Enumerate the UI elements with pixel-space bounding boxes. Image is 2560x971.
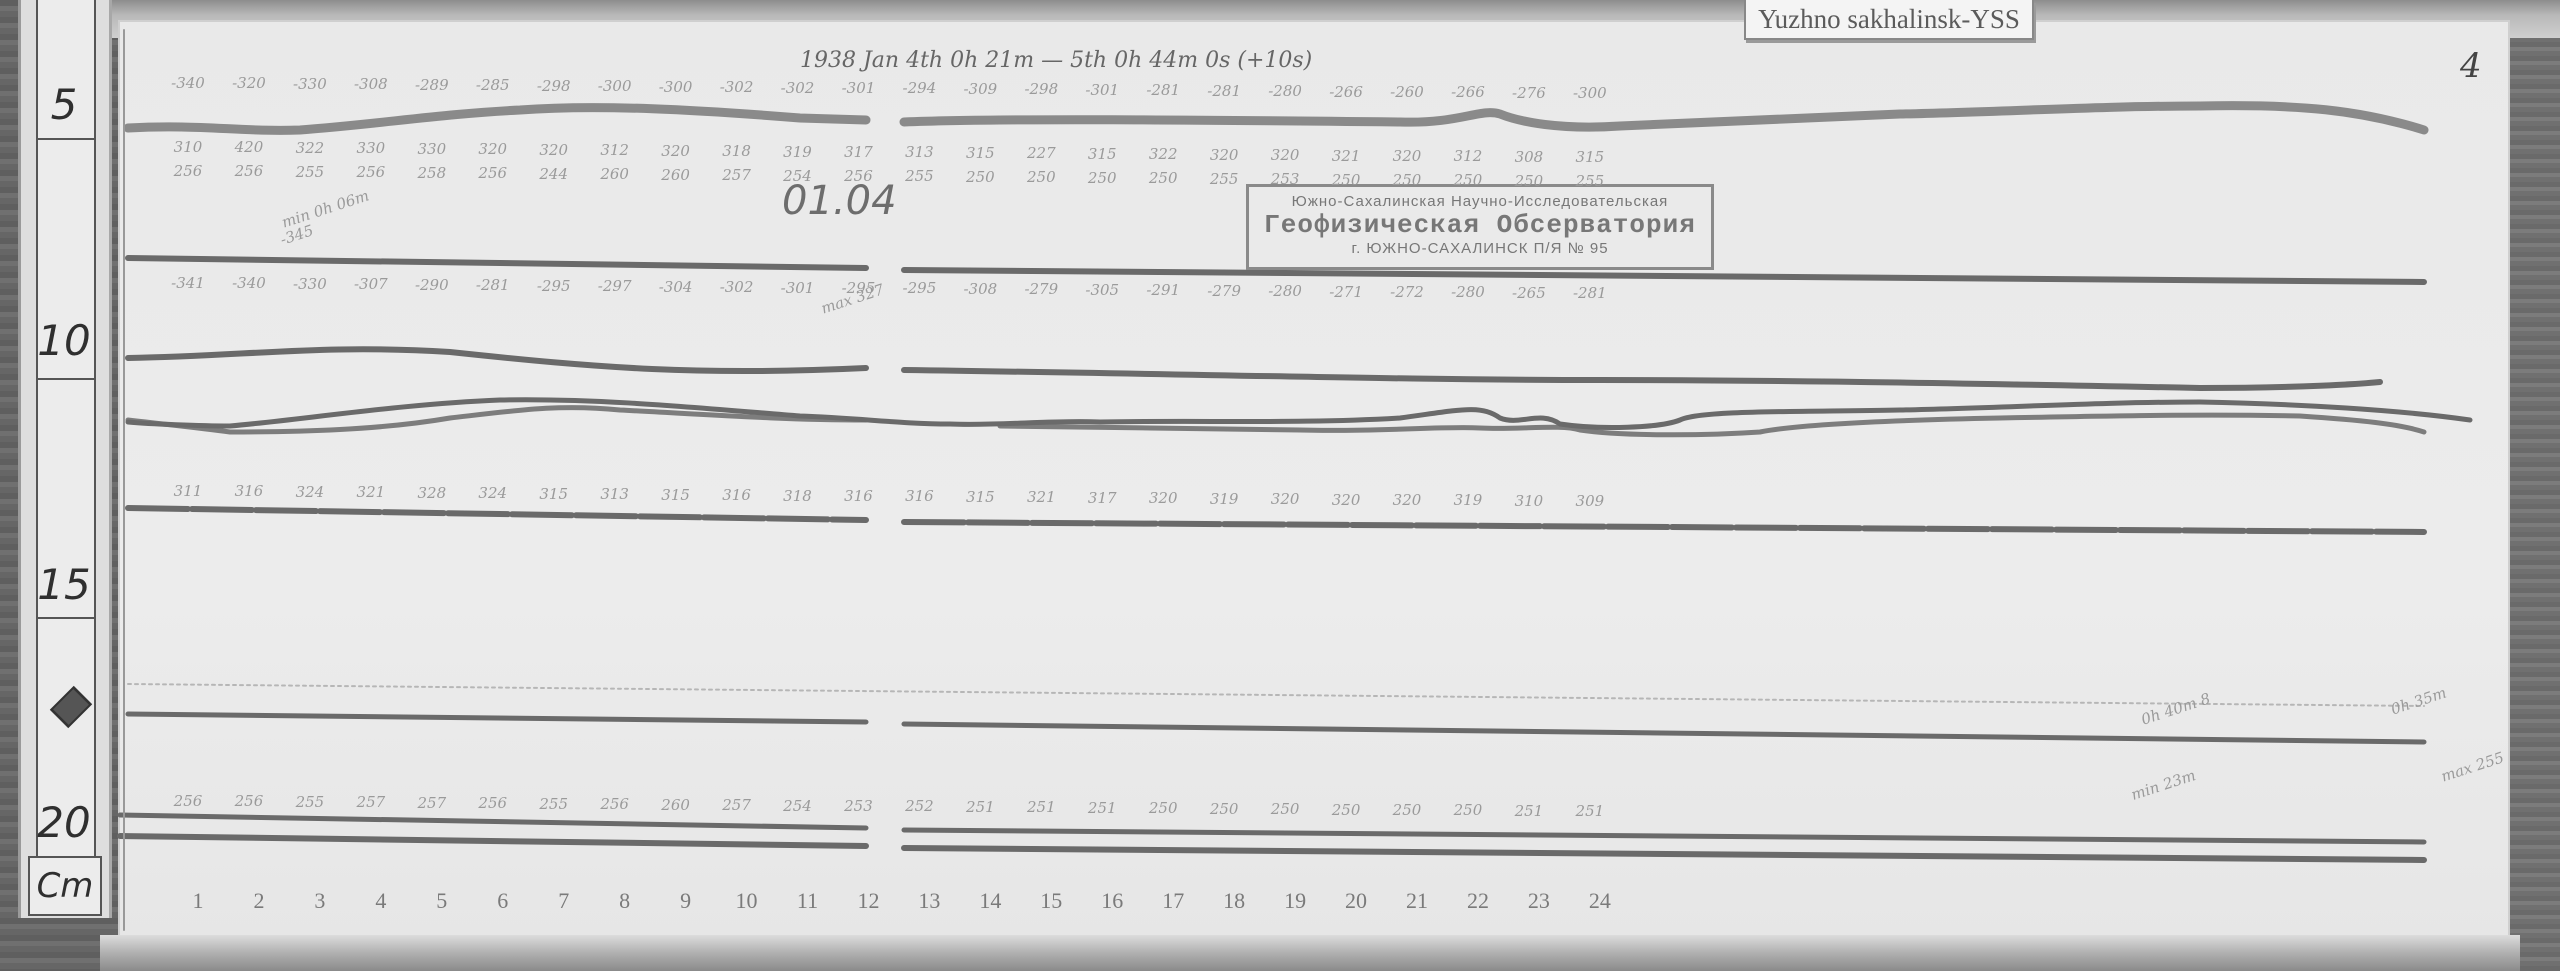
reading-bottom-above: 250 bbox=[1271, 800, 1300, 818]
reading-trace1-above: -301 bbox=[842, 79, 876, 97]
reading-trace1-below-a: 320 bbox=[478, 140, 507, 158]
reading-trace2-below: -295 bbox=[537, 277, 571, 295]
hour-label: 5 bbox=[436, 888, 447, 914]
reading-trace1-above: -300 bbox=[1573, 84, 1607, 102]
hour-label: 14 bbox=[979, 888, 1001, 914]
reading-trace2-below: -280 bbox=[1451, 283, 1485, 301]
reading-trace1-above: -294 bbox=[903, 79, 937, 97]
reading-trace1-below-a: 320 bbox=[1210, 146, 1239, 164]
reading-trace1-above: -301 bbox=[1085, 81, 1119, 99]
reading-trace4-above: 320 bbox=[1332, 491, 1361, 509]
date-note: 01.04 bbox=[782, 178, 897, 224]
reading-bottom-above: 251 bbox=[966, 798, 995, 816]
reading-trace4-above: 320 bbox=[1149, 489, 1178, 507]
reading-trace2-below: -295 bbox=[903, 279, 937, 297]
faint-dotted-line bbox=[128, 684, 2424, 706]
reading-trace1-below-b: 250 bbox=[1515, 172, 1544, 190]
reading-trace2-below: -279 bbox=[1207, 282, 1241, 300]
reading-bottom-above: 256 bbox=[174, 792, 203, 810]
reading-trace2-below: -297 bbox=[598, 277, 632, 295]
hour-label: 1 bbox=[193, 888, 204, 914]
reading-bottom-above: 251 bbox=[1515, 802, 1544, 820]
reading-trace1-below-b: 250 bbox=[1332, 171, 1361, 189]
reading-bottom-above: 260 bbox=[661, 796, 690, 814]
reading-trace1-above: -302 bbox=[720, 78, 754, 96]
reading-trace1-below-a: 420 bbox=[235, 138, 264, 156]
reading-trace4-above: 315 bbox=[539, 485, 568, 503]
trace-1 bbox=[128, 106, 2424, 131]
trace-5 bbox=[128, 508, 2424, 532]
reading-bottom-above: 256 bbox=[478, 794, 507, 812]
reading-trace1-above: -298 bbox=[1024, 80, 1058, 98]
reading-bottom-above: 255 bbox=[296, 793, 325, 811]
hour-label: 24 bbox=[1589, 888, 1611, 914]
reading-trace1-below-a: 320 bbox=[661, 142, 690, 160]
reading-trace2-below: -291 bbox=[1146, 281, 1180, 299]
hour-label: 4 bbox=[375, 888, 386, 914]
reading-trace1-below-a: 320 bbox=[539, 141, 568, 159]
hour-label: 21 bbox=[1406, 888, 1428, 914]
hour-label: 22 bbox=[1467, 888, 1489, 914]
hour-label: 3 bbox=[314, 888, 325, 914]
reading-bottom-above: 254 bbox=[783, 797, 812, 815]
reading-bottom-above: 255 bbox=[539, 795, 568, 813]
reading-trace2-below: -290 bbox=[415, 276, 449, 294]
reading-trace1-below-a: 320 bbox=[1393, 147, 1422, 165]
reading-trace1-below-b: 250 bbox=[1454, 171, 1483, 189]
reading-bottom-above: 256 bbox=[235, 792, 264, 810]
hour-label: 8 bbox=[619, 888, 630, 914]
reading-trace1-below-b: 254 bbox=[783, 167, 812, 185]
reading-trace2-below: -304 bbox=[659, 278, 693, 296]
reading-trace4-above: 316 bbox=[844, 487, 873, 505]
reading-trace1-above: -298 bbox=[537, 77, 571, 95]
hour-label: 10 bbox=[736, 888, 758, 914]
reading-trace1-below-a: 321 bbox=[1332, 147, 1361, 165]
reading-trace1-above: -300 bbox=[598, 77, 632, 95]
reading-trace2-below: -272 bbox=[1390, 283, 1424, 301]
reading-bottom-above: 250 bbox=[1332, 801, 1361, 819]
reading-trace1-above: -300 bbox=[659, 78, 693, 96]
reading-trace4-above: 315 bbox=[661, 486, 690, 504]
reading-trace1-below-a: 308 bbox=[1515, 148, 1544, 166]
reading-trace4-above: 320 bbox=[1393, 491, 1422, 509]
stamp-line-3: г. ЮЖНО-САХАЛИНСК П/Я № 95 bbox=[1249, 240, 1711, 257]
reading-trace1-below-a: 322 bbox=[296, 139, 325, 157]
trace-6 bbox=[128, 714, 2424, 742]
reading-trace1-above: -281 bbox=[1146, 81, 1180, 99]
reading-trace4-above: 316 bbox=[722, 486, 751, 504]
reading-trace1-below-b: 260 bbox=[600, 165, 629, 183]
hour-label: 16 bbox=[1101, 888, 1123, 914]
reading-trace1-above: -266 bbox=[1329, 83, 1363, 101]
reading-trace2-below: -301 bbox=[781, 279, 815, 297]
header-note: 1938 Jan 4th 0h 21m — 5th 0h 44m 0s (+10… bbox=[800, 48, 1312, 73]
reading-trace4-above: 309 bbox=[1576, 492, 1605, 510]
reading-trace2-below: -305 bbox=[1085, 281, 1119, 299]
reading-trace4-above: 318 bbox=[783, 487, 812, 505]
reading-trace1-above: -260 bbox=[1390, 83, 1424, 101]
reading-trace1-above: -340 bbox=[171, 74, 205, 92]
reading-trace2-below: -280 bbox=[1268, 282, 1302, 300]
reading-trace1-below-b: 250 bbox=[1088, 169, 1117, 187]
hour-label: 11 bbox=[797, 888, 818, 914]
reading-trace1-below-b: 244 bbox=[539, 165, 568, 183]
hour-label: 6 bbox=[497, 888, 508, 914]
reading-trace2-below: -308 bbox=[963, 280, 997, 298]
hour-label: 19 bbox=[1284, 888, 1306, 914]
reading-trace2-below: -341 bbox=[171, 274, 205, 292]
sheet-number: 4 bbox=[2460, 46, 2482, 86]
reading-trace4-above: 324 bbox=[296, 483, 325, 501]
reading-trace1-below-b: 256 bbox=[174, 162, 203, 180]
reading-bottom-above: 250 bbox=[1393, 801, 1422, 819]
reading-trace1-above: -285 bbox=[476, 76, 510, 94]
reading-trace2-below: -265 bbox=[1512, 284, 1546, 302]
reading-trace1-below-a: 320 bbox=[1271, 146, 1300, 164]
hour-label: 18 bbox=[1223, 888, 1245, 914]
hour-label: 23 bbox=[1528, 888, 1550, 914]
reading-trace1-below-a: 312 bbox=[1454, 147, 1483, 165]
reading-trace1-below-a: 318 bbox=[722, 142, 751, 160]
reading-bottom-above: 256 bbox=[600, 795, 629, 813]
reading-trace1-below-b: 253 bbox=[1271, 170, 1300, 188]
reading-trace1-above: -330 bbox=[293, 75, 327, 93]
reading-trace4-above: 320 bbox=[1271, 490, 1300, 508]
reading-trace1-above: -308 bbox=[354, 75, 388, 93]
trace-3 bbox=[128, 349, 2380, 388]
reading-trace2-below: -271 bbox=[1329, 283, 1363, 301]
hour-label: 17 bbox=[1162, 888, 1184, 914]
reading-trace2-below: -281 bbox=[1573, 284, 1607, 302]
reading-trace4-above: 310 bbox=[1515, 492, 1544, 510]
reading-trace4-above: 316 bbox=[905, 487, 934, 505]
reading-trace1-above: -281 bbox=[1207, 82, 1241, 100]
reading-trace1-below-b: 256 bbox=[357, 163, 386, 181]
reading-trace1-below-a: 227 bbox=[1027, 144, 1056, 162]
reading-trace1-below-b: 255 bbox=[905, 167, 934, 185]
reading-trace2-below: -307 bbox=[354, 275, 388, 293]
reading-bottom-above: 257 bbox=[357, 793, 386, 811]
reading-trace2-below: -340 bbox=[232, 274, 266, 292]
reading-trace1-below-b: 255 bbox=[296, 163, 325, 181]
reading-trace4-above: 315 bbox=[966, 488, 995, 506]
reading-trace1-below-a: 330 bbox=[357, 139, 386, 157]
reading-bottom-above: 251 bbox=[1088, 799, 1117, 817]
reading-trace1-below-b: 255 bbox=[1576, 172, 1605, 190]
reading-trace1-above: -280 bbox=[1268, 82, 1302, 100]
reading-trace1-above: -276 bbox=[1512, 84, 1546, 102]
reading-trace4-above: 319 bbox=[1454, 491, 1483, 509]
reading-trace1-below-b: 250 bbox=[1027, 168, 1056, 186]
reading-bottom-above: 251 bbox=[1027, 798, 1056, 816]
hour-label: 9 bbox=[680, 888, 691, 914]
observatory-stamp: Южно-Сахалинская Научно-Исследовательска… bbox=[1246, 184, 1714, 270]
hour-label: 2 bbox=[253, 888, 264, 914]
hour-label: 7 bbox=[558, 888, 569, 914]
reading-trace1-below-b: 250 bbox=[1393, 171, 1422, 189]
reading-trace1-below-b: 260 bbox=[661, 166, 690, 184]
reading-trace1-below-a: 310 bbox=[174, 138, 203, 156]
reading-trace4-above: 321 bbox=[1027, 488, 1056, 506]
reading-trace2-below: -330 bbox=[293, 275, 327, 293]
reading-trace4-above: 313 bbox=[600, 485, 629, 503]
reading-trace1-above: -320 bbox=[232, 74, 266, 92]
reading-trace4-above: 317 bbox=[1088, 489, 1117, 507]
reading-trace1-above: -266 bbox=[1451, 83, 1485, 101]
reading-bottom-above: 257 bbox=[722, 796, 751, 814]
reading-trace1-below-a: 313 bbox=[905, 143, 934, 161]
reading-trace1-below-b: 257 bbox=[722, 166, 751, 184]
stamp-line-2: Геофизическая Обсерватория bbox=[1249, 210, 1711, 240]
reading-trace1-below-a: 330 bbox=[417, 140, 446, 158]
reading-trace1-below-b: 250 bbox=[966, 168, 995, 186]
reading-trace1-above: -309 bbox=[963, 80, 997, 98]
reading-trace1-below-b: 256 bbox=[235, 162, 264, 180]
reading-bottom-above: 250 bbox=[1454, 801, 1483, 819]
reading-trace1-above: -289 bbox=[415, 76, 449, 94]
reading-trace1-below-b: 255 bbox=[1210, 170, 1239, 188]
reading-trace1-below-a: 315 bbox=[1576, 148, 1605, 166]
reading-bottom-above: 250 bbox=[1149, 799, 1178, 817]
reading-trace2-below: -281 bbox=[476, 276, 510, 294]
hour-label: 20 bbox=[1345, 888, 1367, 914]
reading-bottom-above: 253 bbox=[844, 797, 873, 815]
reading-trace1-below-b: 258 bbox=[417, 164, 446, 182]
reading-trace1-below-a: 319 bbox=[783, 143, 812, 161]
hour-label: 15 bbox=[1040, 888, 1062, 914]
reading-trace4-above: 316 bbox=[235, 482, 264, 500]
stamp-line-1: Южно-Сахалинская Научно-Исследовательска… bbox=[1249, 193, 1711, 210]
reading-trace1-below-a: 322 bbox=[1149, 145, 1178, 163]
reading-trace4-above: 324 bbox=[478, 484, 507, 502]
reading-trace1-below-a: 312 bbox=[600, 141, 629, 159]
reading-bottom-above: 251 bbox=[1576, 802, 1605, 820]
reading-trace4-above: 319 bbox=[1210, 490, 1239, 508]
reading-trace1-below-a: 317 bbox=[844, 143, 873, 161]
reading-trace1-below-b: 256 bbox=[844, 167, 873, 185]
reading-trace1-below-a: 315 bbox=[1088, 145, 1117, 163]
reading-bottom-above: 257 bbox=[417, 794, 446, 812]
reading-trace2-below: -302 bbox=[720, 278, 754, 296]
reading-trace4-above: 328 bbox=[417, 484, 446, 502]
reading-trace4-above: 321 bbox=[357, 483, 386, 501]
reading-trace4-above: 311 bbox=[174, 482, 203, 500]
reading-trace1-below-b: 250 bbox=[1149, 169, 1178, 187]
hour-label: 13 bbox=[918, 888, 940, 914]
reading-bottom-above: 250 bbox=[1210, 800, 1239, 818]
reading-bottom-above: 252 bbox=[905, 797, 934, 815]
reading-trace1-below-b: 256 bbox=[478, 164, 507, 182]
reading-trace2-below: -279 bbox=[1024, 280, 1058, 298]
hour-label: 12 bbox=[857, 888, 879, 914]
reading-trace1-above: -302 bbox=[781, 79, 815, 97]
reading-trace1-below-a: 315 bbox=[966, 144, 995, 162]
